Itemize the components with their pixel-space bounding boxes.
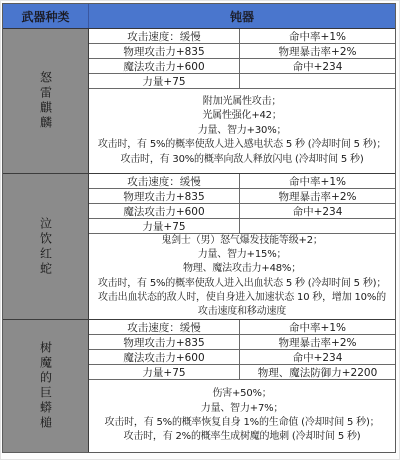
- stat-accuracy: 命中+234: [240, 204, 395, 218]
- stat-strength: 力量+75: [89, 219, 240, 233]
- stat-attack-speed: 攻击速度：缓慢: [89, 320, 240, 334]
- stat-hit-rate: 命中率+1%: [240, 29, 395, 43]
- stat-empty: [240, 219, 395, 233]
- stat-row: 魔法攻击力+600 命中+234: [89, 350, 395, 365]
- effect-line: 攻击时，有 2%的概率生成树魔的地刺 (冷却时间 5 秒): [94, 430, 390, 444]
- stat-row: 力量+75: [89, 219, 395, 234]
- stat-strength: 力量+75: [89, 365, 240, 379]
- stat-strength: 力量+75: [89, 74, 240, 88]
- stat-defense: 物理、魔法防御力+2200: [240, 365, 395, 379]
- stat-magic-attack: 魔法攻击力+600: [89, 350, 240, 364]
- stat-magic-attack: 魔法攻击力+600: [89, 59, 240, 73]
- weapon-stats-table: 武器种类 钝器 怒雷麒麟 攻击速度：缓慢 命中率+1% 物理攻击力+835 物理…: [2, 3, 396, 453]
- weapon-detail: 攻击速度：缓慢 命中率+1% 物理攻击力+835 物理暴击率+2% 魔法攻击力+…: [89, 174, 395, 319]
- weapon-name-cell: 怒雷麒麟: [3, 29, 89, 173]
- stat-crit-rate: 物理暴击率+2%: [240, 44, 395, 58]
- weapon-row-qiyin-hongshe: 泣饮红蛇 攻击速度：缓慢 命中率+1% 物理攻击力+835 物理暴击率+2% 魔…: [3, 173, 395, 319]
- stat-physical-attack: 物理攻击力+835: [89, 44, 240, 58]
- effect-line: 光属性强化+42；: [94, 109, 390, 123]
- stat-row: 力量+75 物理、魔法防御力+2200: [89, 365, 395, 380]
- weapon-name-cell: 树魔的巨蟒槌: [3, 320, 89, 452]
- weapon-name: 树魔的巨蟒槌: [40, 341, 52, 431]
- weapon-detail: 攻击速度：缓慢 命中率+1% 物理攻击力+835 物理暴击率+2% 魔法攻击力+…: [89, 320, 395, 452]
- table-header-row: 武器种类 钝器: [3, 4, 395, 29]
- stat-row: 攻击速度：缓慢 命中率+1%: [89, 174, 395, 189]
- effect-line: 攻击时，有 5%的概率使敌人进入出血状态 5 秒 (冷却时间 5 秒)；: [94, 277, 390, 291]
- stat-physical-attack: 物理攻击力+835: [89, 335, 240, 349]
- weapon-detail: 攻击速度：缓慢 命中率+1% 物理攻击力+835 物理暴击率+2% 魔法攻击力+…: [89, 29, 395, 173]
- effect-line: 力量、智力+7%；: [94, 402, 390, 416]
- stat-attack-speed: 攻击速度：缓慢: [89, 29, 240, 43]
- stat-row: 物理攻击力+835 物理暴击率+2%: [89, 335, 395, 350]
- effect-line: 攻击时，有 5%的概率恢复自身 1%的生命值 (冷却时间 5 秒)；: [94, 416, 390, 430]
- stat-accuracy: 命中+234: [240, 350, 395, 364]
- weapon-row-nulei-qilin: 怒雷麒麟 攻击速度：缓慢 命中率+1% 物理攻击力+835 物理暴击率+2% 魔…: [3, 29, 395, 173]
- weapon-row-shumo-chui: 树魔的巨蟒槌 攻击速度：缓慢 命中率+1% 物理攻击力+835 物理暴击率+2%…: [3, 319, 395, 452]
- effect-line: 攻击出血状态的敌人时，使自身进入加速状态 10 秒，增加 10%的攻击速度和移动…: [94, 291, 390, 319]
- weapon-effects: 伤害+50%； 力量、智力+7%； 攻击时，有 5%的概率恢复自身 1%的生命值…: [89, 380, 395, 452]
- stat-attack-speed: 攻击速度：缓慢: [89, 174, 240, 188]
- header-weapon-type: 武器种类: [3, 4, 89, 28]
- weapon-name-cell: 泣饮红蛇: [3, 174, 89, 319]
- stat-crit-rate: 物理暴击率+2%: [240, 335, 395, 349]
- stat-row: 魔法攻击力+600 命中+234: [89, 204, 395, 219]
- stat-row: 物理攻击力+835 物理暴击率+2%: [89, 189, 395, 204]
- stat-physical-attack: 物理攻击力+835: [89, 189, 240, 203]
- stat-crit-rate: 物理暴击率+2%: [240, 189, 395, 203]
- effect-line: 力量、智力+15%；: [94, 248, 390, 262]
- effect-line: 攻击时，有 30%的概率向敌人释放闪电 (冷却时间 5 秒): [94, 153, 390, 167]
- effect-line: 物理、魔法攻击力+48%；: [94, 262, 390, 276]
- stat-row: 力量+75: [89, 74, 395, 89]
- weapon-name: 怒雷麒麟: [40, 71, 52, 131]
- stat-hit-rate: 命中率+1%: [240, 320, 395, 334]
- stat-row: 攻击速度：缓慢 命中率+1%: [89, 320, 395, 335]
- effect-line: 鬼剑士（男）怒气爆发技能等级+2；: [94, 234, 390, 248]
- effect-line: 攻击时，有 5%的概率使敌人进入感电状态 5 秒 (冷却时间 5 秒)；: [94, 138, 390, 152]
- header-weapon-category: 钝器: [89, 4, 395, 28]
- stat-row: 物理攻击力+835 物理暴击率+2%: [89, 44, 395, 59]
- weapon-effects: 鬼剑士（男）怒气爆发技能等级+2； 力量、智力+15%； 物理、魔法攻击力+48…: [89, 234, 395, 319]
- stat-hit-rate: 命中率+1%: [240, 174, 395, 188]
- stat-empty: [240, 74, 395, 88]
- stat-row: 攻击速度：缓慢 命中率+1%: [89, 29, 395, 44]
- stat-accuracy: 命中+234: [240, 59, 395, 73]
- weapon-name: 泣饮红蛇: [40, 217, 52, 277]
- weapon-effects: 附加光属性攻击； 光属性强化+42； 力量、智力+30%； 攻击时，有 5%的概…: [89, 89, 395, 173]
- effect-line: 伤害+50%；: [94, 387, 390, 401]
- effect-line: 附加光属性攻击；: [94, 95, 390, 109]
- stat-row: 魔法攻击力+600 命中+234: [89, 59, 395, 74]
- stat-magic-attack: 魔法攻击力+600: [89, 204, 240, 218]
- effect-line: 力量、智力+30%；: [94, 124, 390, 138]
